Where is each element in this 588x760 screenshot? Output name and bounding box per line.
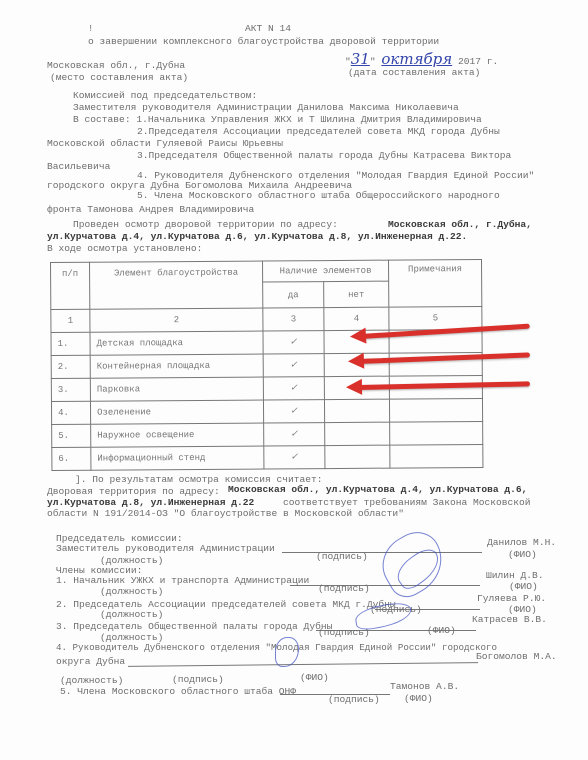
- member2-name: Гуляева Р.Ю.: [477, 593, 546, 604]
- inspection-lead: Проведен осмотр дворовой территории по а…: [73, 219, 338, 230]
- caption-signature: (подпись): [328, 694, 380, 705]
- caption-fio: (ФИО): [508, 549, 537, 560]
- member1-name: Шилин Д.В.: [486, 570, 544, 581]
- elements-table: п/п Элемент благоустройства Наличие элем…: [50, 259, 483, 471]
- row-num: 3.: [51, 378, 90, 401]
- row-no: [325, 422, 390, 445]
- place: Московская обл., г.Дубна: [47, 60, 185, 71]
- date: "31" октября 2017 г.: [345, 50, 498, 68]
- signature-line: [128, 662, 478, 667]
- caption-fio: (ФИО): [509, 581, 538, 592]
- row-yes: ✓: [263, 400, 324, 423]
- row-num: 2.: [51, 355, 90, 378]
- date-day: 31: [351, 50, 370, 68]
- row-yes: ✓: [263, 377, 324, 400]
- row-element: Детская площадка: [90, 331, 263, 355]
- row-num: 5.: [52, 424, 91, 447]
- caption-position: (должность): [100, 586, 163, 597]
- commission-member-5a: 5. Члена Московского областного штаба Об…: [137, 190, 500, 201]
- commission-member-3b: Васильевича: [47, 161, 110, 172]
- inspection-found: В ходе осмотра установлено:: [47, 243, 202, 254]
- header-yes: да: [263, 282, 324, 308]
- member4-position-b: округа Дубна: [56, 656, 125, 667]
- row-notes: [390, 421, 483, 445]
- conclusion-line1a: Дворовая территория по адресу:: [47, 486, 220, 497]
- corner-mark: !: [88, 24, 93, 34]
- commission-member-1: В составе: 1.Начальника Управления ЖКХ и…: [73, 114, 482, 125]
- commission-member-3a: 3.Председателя Общественной палаты город…: [137, 150, 511, 161]
- signature-line: [282, 552, 482, 553]
- table-row: 5. Наружное освещение ✓: [52, 421, 483, 447]
- table-row: 4. Озеленение ✓: [51, 398, 482, 424]
- row-element: Наружное освещение: [91, 423, 264, 447]
- member1-position: 1. Начальник УЖКХ и транспорта Администр…: [56, 575, 309, 586]
- date-year: 2017 г.: [458, 56, 498, 67]
- header-presence: Наличие элементов: [262, 260, 388, 282]
- colnum-3: 3: [263, 308, 324, 331]
- row-element: Парковка: [90, 377, 263, 401]
- row-num: 4.: [51, 401, 90, 424]
- conclusion-line2a: ул.Курчатова д.8, ул.Инженерная д.22: [47, 497, 254, 508]
- caption-signature: (подпись): [172, 674, 224, 685]
- commission-chair: Заместителя руководителя Администрации Д…: [73, 102, 459, 113]
- row-yes: ✓: [264, 423, 325, 446]
- member3-position: 3. Председатель Общественной палаты горо…: [56, 621, 332, 632]
- place-caption: (место составления акта): [50, 72, 188, 83]
- colnum-2: 2: [90, 308, 263, 332]
- chair-name: Данилов М.Н.: [487, 537, 556, 548]
- header-num: п/п: [51, 262, 90, 309]
- member3-name: Катрасев В.В.: [472, 614, 547, 625]
- caption-signature: (подпись): [316, 551, 368, 562]
- row-element: Контейнерная площадка: [90, 354, 263, 378]
- caption-fio: (ФИО): [427, 625, 456, 636]
- row-element: Информационный стенд: [91, 446, 264, 470]
- row-no: [324, 399, 389, 422]
- row-num: 6.: [52, 447, 91, 470]
- member4-name: Богомолов М.А.: [476, 651, 557, 662]
- conclusion-line3: области N 191/2014-ОЗ "О благоустройстве…: [47, 508, 404, 519]
- member5-position: 5. Члена Московского областного штаба ОН…: [60, 686, 296, 697]
- row-yes: ✓: [263, 354, 324, 377]
- table-row: 6. Информационный стенд ✓: [52, 444, 483, 470]
- member5-name: Тамонов А.В.: [390, 681, 459, 692]
- caption-signature: (подпись): [318, 583, 370, 594]
- row-yes: ✓: [264, 446, 325, 469]
- colnum-4: 4: [324, 307, 389, 330]
- row-element: Озеленение: [90, 400, 263, 424]
- caption-position: (должность): [60, 675, 123, 686]
- row-num: 1.: [51, 332, 90, 355]
- document-subtitle: о завершении комплексного благоустройств…: [88, 36, 439, 47]
- row-notes: [390, 444, 483, 468]
- conclusion-line2b: соответствует требованиям Закона Московс…: [283, 497, 531, 508]
- colnum-1: 1: [51, 309, 90, 332]
- commission-member-2b: Московской области Гуляевой Раисы Юрьевн…: [47, 138, 283, 149]
- caption-fio: (ФИО): [404, 693, 433, 704]
- caption-fio: (ФИО): [300, 672, 329, 683]
- header-notes: Примечания: [388, 259, 481, 307]
- document-title: АКТ N 14: [245, 23, 291, 34]
- inspection-address-a: Московская обл., г.Дубна,: [388, 219, 532, 230]
- header-no: нет: [324, 281, 389, 307]
- inspection-address-b: ул.Курчатова д.4, ул.Курчатова д.6, ул.К…: [47, 231, 467, 242]
- date-month: октября: [381, 50, 452, 68]
- handwritten-signature-icon: [275, 637, 299, 667]
- conclusion-line1b: Московская обл., ул.Курчатова д.4, ул.Ку…: [228, 484, 527, 495]
- row-yes: ✓: [263, 331, 324, 354]
- commission-member-5b: фронта Тамонова Андрея Владимировича: [47, 204, 254, 215]
- chair-position: Заместитель руководителя Администрации: [56, 543, 275, 554]
- commission-intro: Комиссией под председательством:: [73, 90, 257, 101]
- date-caption: (дата составления акта): [348, 67, 480, 78]
- header-element: Элемент благоустройства: [90, 261, 263, 309]
- caption-position: (должность): [100, 609, 163, 620]
- commission-member-2a: 2.Председателя Ассоциации председателей …: [137, 126, 500, 137]
- row-notes: [389, 398, 482, 422]
- row-no: [325, 445, 390, 468]
